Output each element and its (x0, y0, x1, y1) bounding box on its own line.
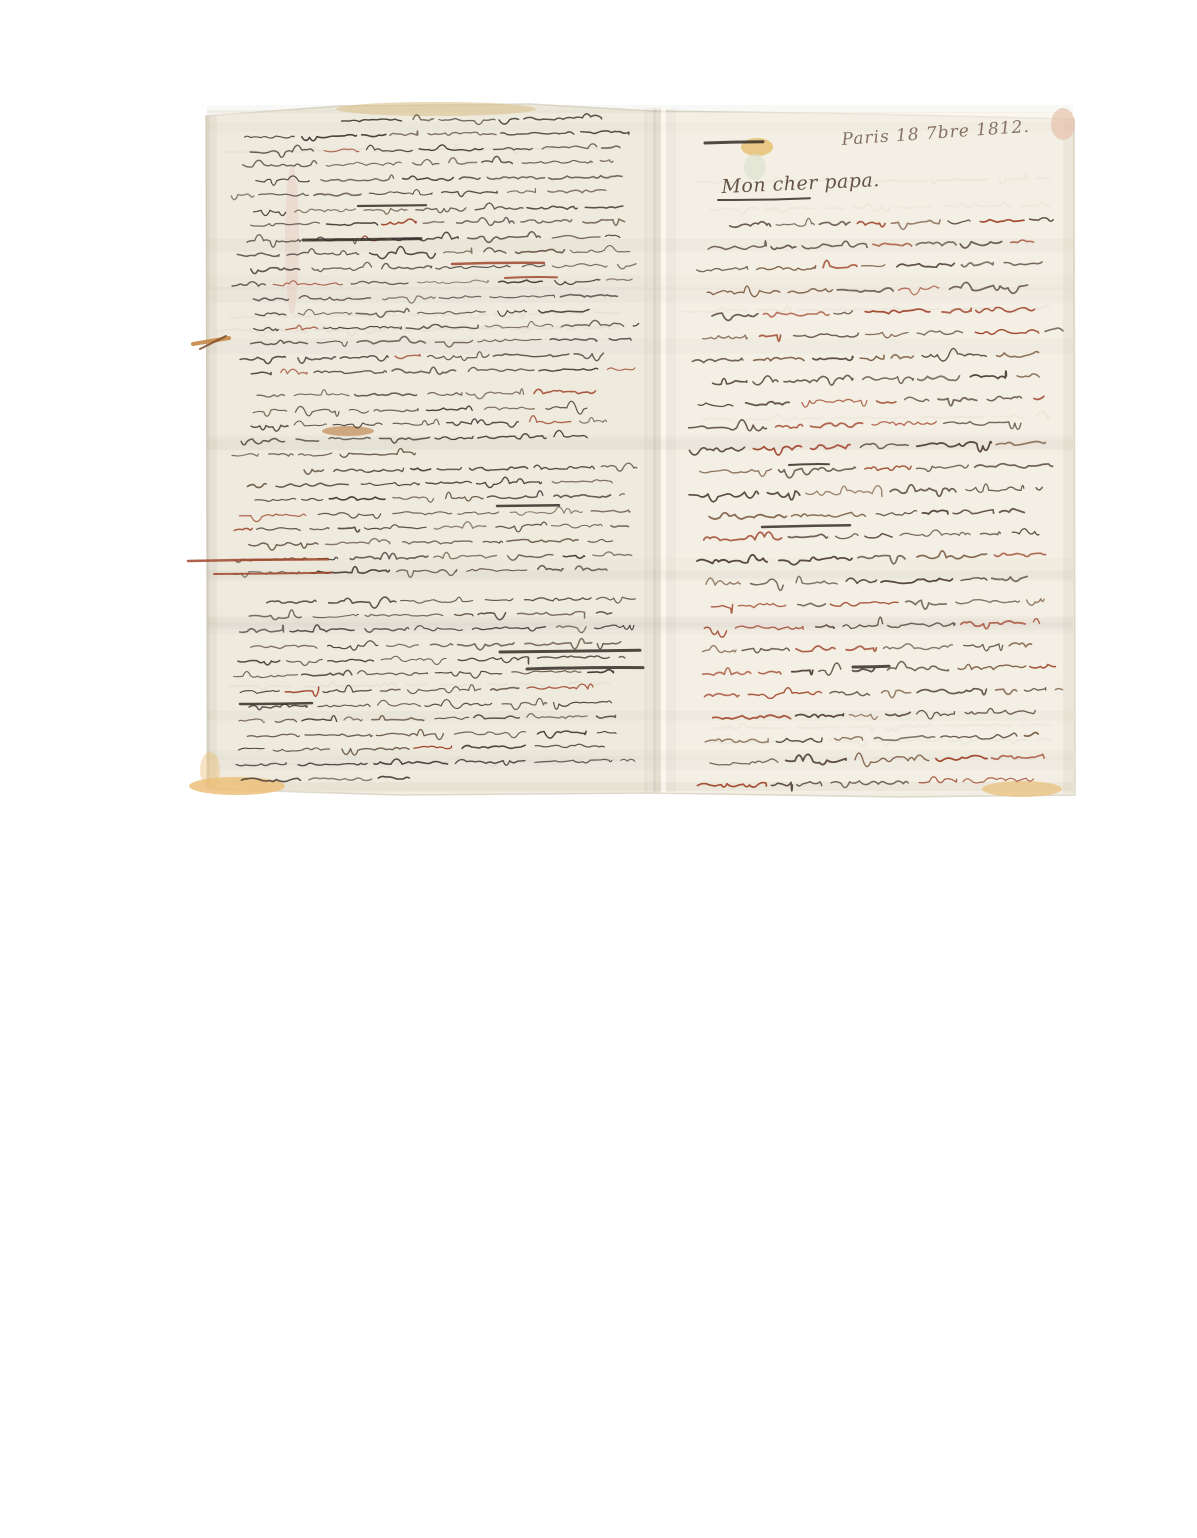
photo-background: Paris 18 7bre 1812. Mon cher papa. (0, 0, 1197, 1538)
handwriting-svg (0, 0, 1197, 1538)
paper-sheet (206, 104, 1075, 797)
